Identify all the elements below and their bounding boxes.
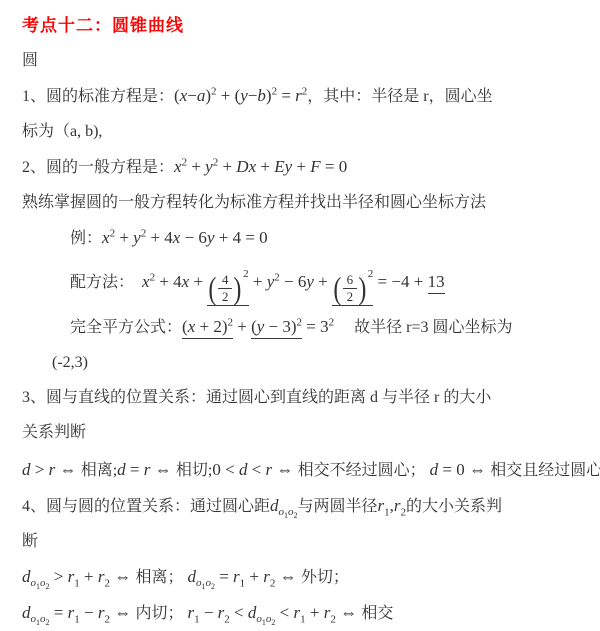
- internal-tangent-label: 内切；: [135, 605, 187, 622]
- center-coordinates: (-2,3): [22, 345, 580, 380]
- item4-suffix: 的大小关系判: [406, 498, 502, 515]
- d-equal-r-formula: d = r ⇔: [117, 460, 176, 479]
- document-page: 考点十二：圆锥曲线 圆 1、圆的标准方程是：(x−a)2 + (y−b)2 = …: [0, 0, 600, 631]
- perfect-square-formula: (x + 2)2 + (y − 3)2 = 32: [182, 317, 334, 336]
- d-equal-diff-formula: do1o2 = r1 − r2 ⇔: [22, 603, 135, 622]
- d-greater-sum-formula: do1o2 > r1 + r2 ⇔: [22, 567, 135, 586]
- d-equal-sum-formula: do1o2 = r1 + r2 ⇔: [187, 567, 300, 586]
- radii-symbols: r1,r2: [378, 496, 407, 515]
- d-zero-formula: d = 0 ⇔: [430, 460, 491, 479]
- example-formula: x2 + y2 + 4x − 6y + 4 = 0: [102, 228, 268, 247]
- center-distance-symbol: do1o2: [270, 496, 298, 515]
- standard-equation-formula: (x−a)2 + (y−b)2 = r2: [174, 86, 307, 105]
- circles-separate-label: 相离；: [135, 569, 187, 586]
- item2-line: 2、圆的一般方程是：x2 + y2 + Dx + Ey + F = 0: [22, 149, 580, 185]
- item4-middle: 与两圆半径: [298, 498, 378, 515]
- d-greater-r-formula: d > r ⇔: [22, 460, 81, 479]
- item1-line2: 标为（a, b),: [22, 114, 580, 149]
- method-label: 配方法：: [70, 274, 142, 291]
- item3-line2: 关系判断: [22, 415, 580, 450]
- item1-suffix: ，其中：半径是 r，圆心坐: [307, 88, 492, 105]
- item4-line1: 4、圆与圆的位置关系：通过圆心距do1o2与两圆半径r1,r2的大小关系判: [22, 488, 580, 524]
- example-label: 例：: [70, 230, 102, 247]
- item1-prefix: 1、圆的标准方程是：: [22, 88, 174, 105]
- completing-square-line: 配方法： x2 + 4x + (42)2 + y2 − 6y + (62)2 =…: [22, 256, 580, 309]
- doc-title: 考点十二：圆锥曲线: [22, 8, 580, 43]
- perfect-square-line: 完全平方公式：(x + 2)2 + (y − 3)2 = 32 故半径 r=3 …: [22, 309, 580, 345]
- circle-circle-relations-1: do1o2 > r1 + r2 ⇔ 相离； do1o2 = r1 + r2 ⇔ …: [22, 559, 580, 595]
- separate-label: 相离;: [81, 462, 117, 479]
- d-between-radii-formula: r1 − r2 < do1o2 < r1 + r2 ⇔: [187, 603, 361, 622]
- item4-line2: 断: [22, 524, 580, 559]
- note-line: 熟练掌握圆的一般方程转化为标准方程并找出半径和圆心坐标方法: [22, 185, 580, 220]
- item1-line1: 1、圆的标准方程是：(x−a)2 + (y−b)2 = r2，其中：半径是 r，…: [22, 78, 580, 114]
- general-equation-formula: x2 + y2 + Dx + Ey + F = 0: [174, 157, 347, 176]
- d-between-formula: 0 < d < r ⇔: [212, 460, 297, 479]
- item2-prefix: 2、圆的一般方程是：: [22, 159, 174, 176]
- example-line: 例：x2 + y2 + 4x − 6y + 4 = 0: [22, 220, 580, 256]
- perfect-square-label: 完全平方公式：: [70, 319, 182, 336]
- radius-result-text: 故半径 r=3 圆心坐标为: [334, 319, 512, 336]
- circles-intersect-label: 相交: [361, 605, 393, 622]
- line-circle-relations: d > r ⇔ 相离;d = r ⇔ 相切;0 < d < r ⇔ 相交不经过圆…: [22, 452, 580, 488]
- tangent-label: 相切;: [176, 462, 212, 479]
- circle-circle-relations-2: do1o2 = r1 − r2 ⇔ 内切； r1 − r2 < do1o2 < …: [22, 595, 580, 631]
- external-tangent-label: 外切；: [301, 569, 349, 586]
- item4-prefix: 4、圆与圆的位置关系：通过圆心距: [22, 498, 270, 515]
- intersect-through-center-label: 相交且经过圆心: [490, 462, 600, 479]
- section-heading: 圆: [22, 43, 580, 78]
- completing-square-formula: x2 + 4x + (42)2 + y2 − 6y + (62)2 = −4 +…: [142, 272, 445, 291]
- intersect-not-center-label: 相交不经过圆心；: [298, 462, 430, 479]
- item3-line1: 3、圆与直线的位置关系：通过圆心到直线的距离 d 与半径 r 的大小: [22, 380, 580, 415]
